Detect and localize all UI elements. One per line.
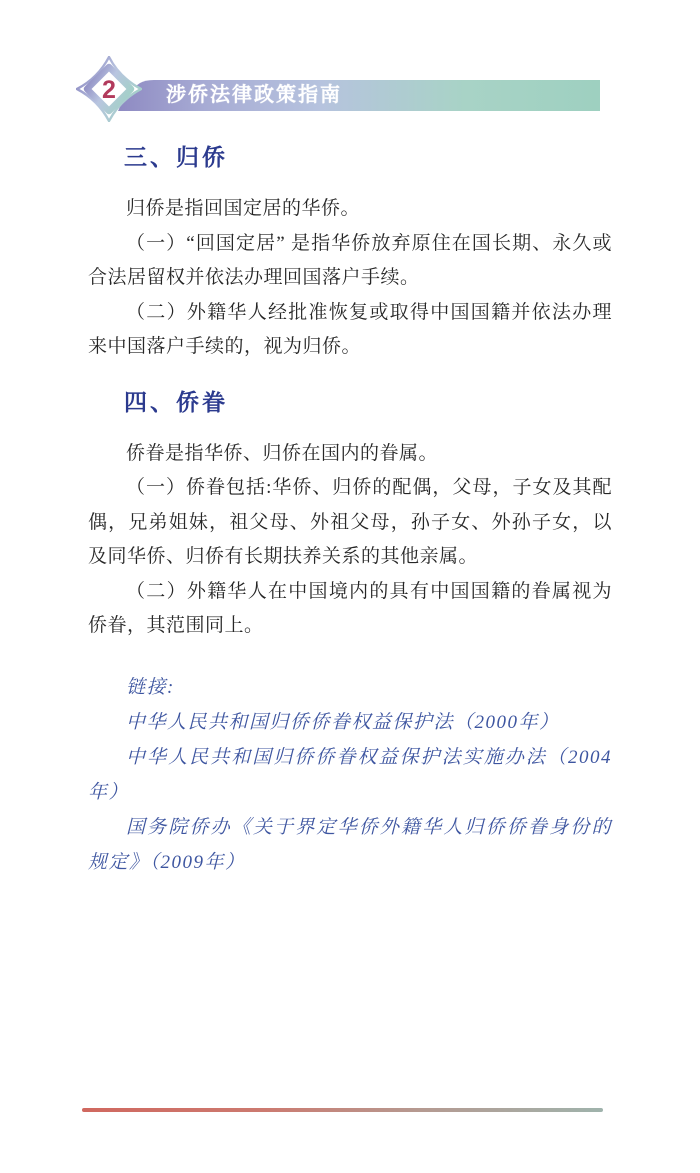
page-number: 2 bbox=[102, 76, 116, 104]
page: 涉侨法律政策指南 2 三、归侨 归侨是指回国定居的华侨。 （一）“回国定居” 是… bbox=[0, 0, 700, 1173]
header-bar: 涉侨法律政策指南 bbox=[118, 80, 600, 111]
paragraph: （一）“回国定居” 是指华侨放弃原住在国长期、永久或合法居留权并依法办理回国落户… bbox=[88, 227, 612, 296]
content: 三、归侨 归侨是指回国定居的华侨。 （一）“回国定居” 是指华侨放弃原住在国长期… bbox=[88, 142, 612, 880]
page-number-badge: 2 bbox=[76, 56, 142, 122]
section-heading-guiqiao: 三、归侨 bbox=[88, 142, 612, 172]
paragraph: （二）外籍华人在中国境内的具有中国国籍的眷属视为侨眷，其范围同上。 bbox=[88, 575, 612, 644]
link-item: 中华人民共和国归侨侨眷权益保护法（2000年） bbox=[88, 705, 612, 740]
paragraph: 归侨是指回国定居的华侨。 bbox=[88, 192, 612, 227]
section-heading-qiaojuan: 四、侨眷 bbox=[88, 387, 612, 417]
link-item: 国务院侨办《关于界定华侨外籍华人归侨侨眷身份的规定》（2009年） bbox=[88, 810, 612, 880]
paragraph: （一）侨眷包括:华侨、归侨的配偶，父母，子女及其配偶，兄弟姐妹，祖父母、外祖父母… bbox=[88, 471, 612, 575]
paragraph: （二）外籍华人经批准恢复或取得中国国籍并依法办理来中国落户手续的，视为归侨。 bbox=[88, 296, 612, 365]
links-label: 链接: bbox=[88, 670, 612, 705]
footer-rule bbox=[82, 1108, 603, 1112]
paragraph: 侨眷是指华侨、归侨在国内的眷属。 bbox=[88, 437, 612, 472]
links-block: 链接: 中华人民共和国归侨侨眷权益保护法（2000年） 中华人民共和国归侨侨眷权… bbox=[88, 670, 612, 880]
link-item: 中华人民共和国归侨侨眷权益保护法实施办法（2004年） bbox=[88, 740, 612, 810]
header-title: 涉侨法律政策指南 bbox=[166, 80, 342, 111]
